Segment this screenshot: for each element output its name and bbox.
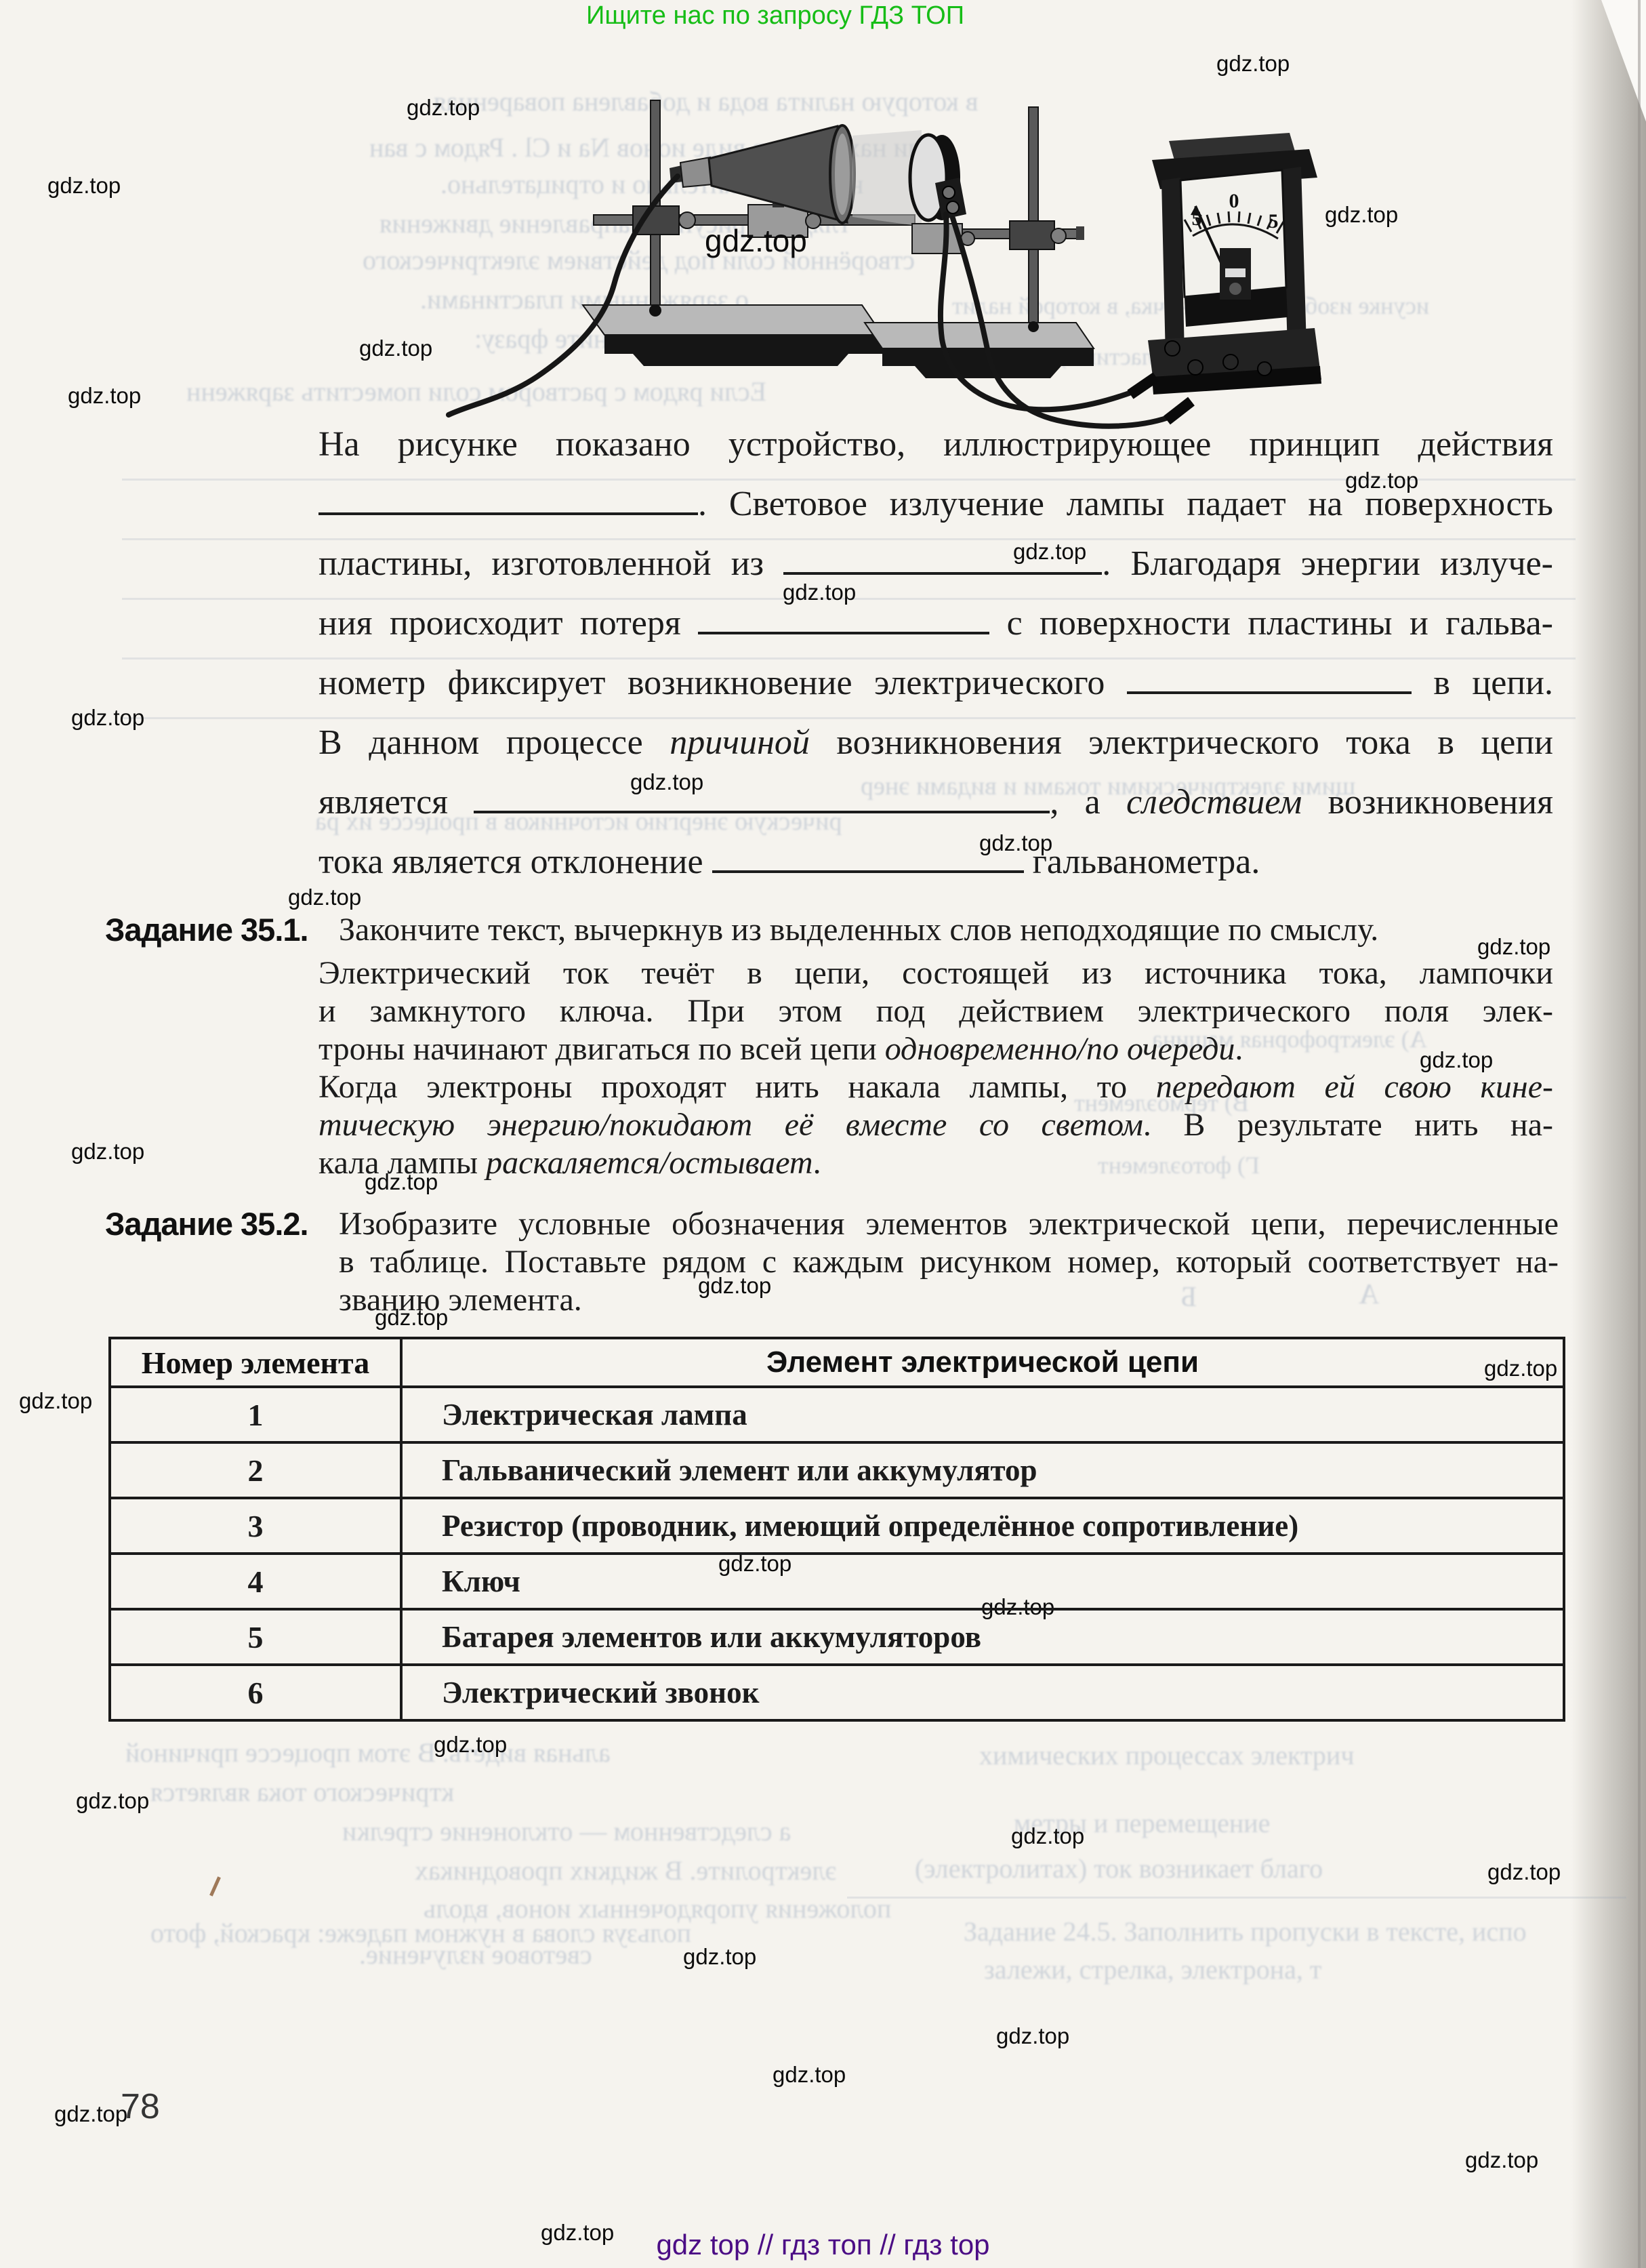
table-row: 6 Электрический звонок — [110, 1665, 1564, 1720]
text-line: является , а следствием возникновения — [318, 773, 1553, 832]
text-segment: . Благодаря энергии излуче- — [1102, 544, 1553, 583]
table-row: 4 Ключ — [110, 1554, 1564, 1609]
text-line: тока является отклонение гальванометра. — [318, 832, 1553, 892]
gdz-watermark: gdz.top — [47, 173, 121, 199]
answer-blank — [474, 775, 1050, 813]
page-number: 78 — [121, 2086, 160, 2127]
apparatus-figure: 5 0 5 — [0, 0, 1646, 474]
text-segment: . — [813, 1145, 821, 1181]
text-segment: нометр фиксирует возникновение электриче… — [318, 664, 1127, 702]
text-segment: В данном процессе — [318, 723, 670, 762]
gdz-watermark: gdz.top — [1011, 1823, 1084, 1849]
text-segment: возникновения — [1302, 783, 1553, 822]
element-number: 1 — [110, 1387, 401, 1442]
text-segment: гальванометра. — [1024, 843, 1260, 881]
text-line: В данном процессе причиной возникновения… — [318, 713, 1553, 773]
text-line: ния происходит потеря с поверхности плас… — [318, 594, 1553, 653]
element-name: Электрическая лампа — [401, 1387, 1564, 1442]
table-row: 2 Гальванический элемент или аккумулятор — [110, 1442, 1564, 1498]
text-line: На рисунке показано устройство, иллюстри… — [318, 415, 1553, 474]
element-number: 6 — [110, 1665, 401, 1720]
column-header-number: Номер элемента — [110, 1338, 401, 1387]
task-35-1-instruction: Закончите текст, вычеркнув из выделенных… — [339, 911, 1559, 949]
table-row: 3 Резистор (проводник, имеющий определён… — [110, 1498, 1564, 1554]
element-number: 2 — [110, 1442, 401, 1498]
text-line: кала лампы раскаляется/остывает. — [318, 1144, 1553, 1182]
bleedthrough-text: (электролитах) ток возникает благо — [915, 1852, 1323, 1884]
element-number: 5 — [110, 1609, 401, 1665]
element-number: 4 — [110, 1554, 401, 1609]
text-line: и замкнутого ключа. При этом под действи… — [318, 992, 1553, 1030]
text-segment: тока является отклонение — [318, 843, 712, 881]
gdz-watermark: gdz.top — [1216, 51, 1290, 77]
text-line: . Световое излучение лампы падает на пов… — [318, 474, 1553, 534]
text-segment: с поверхности пластины и гальва- — [989, 604, 1553, 643]
promo-banner: Ищите нас по запросу ГДЗ ТОП — [586, 1, 964, 31]
element-name: Электрический звонок — [401, 1665, 1564, 1720]
gdz-watermark: gdz.top — [54, 2101, 127, 2127]
text-segment: кала лампы — [318, 1145, 486, 1181]
text-segment: На рисунке показано устройство, иллюстри… — [318, 425, 1553, 464]
paper-speck — [209, 1876, 221, 1896]
element-name: Батарея элементов или аккумуляторов — [401, 1609, 1564, 1665]
gdz-watermark: gdz.top — [434, 1732, 507, 1758]
table-header-row: Номер элемента Элемент электрической цеп… — [110, 1338, 1564, 1387]
bleedthrough-text: альная видеть. В этом процессе причиной — [125, 1737, 611, 1768]
answer-blank — [712, 835, 1024, 873]
bleedthrough-text: химических процессах электрич — [979, 1739, 1354, 1771]
scale-label-zero: 0 — [1229, 190, 1239, 212]
text-segment: Когда электроны проходят нить накала лам… — [318, 1069, 1156, 1105]
text-segment: одновременно/по очереди — [885, 1031, 1235, 1067]
text-line: Электрический ток течёт в цепи, состояще… — [318, 954, 1553, 992]
gdz-watermark: gdz.top — [1465, 2147, 1538, 2173]
gdz-watermark: gdz.top — [1325, 202, 1398, 228]
table-row: 5 Батарея элементов или аккумуляторов — [110, 1609, 1564, 1665]
answer-blank — [783, 537, 1102, 575]
scale-label-right: 5 — [1269, 210, 1279, 232]
intro-paragraph: На рисунке показано устройство, иллюстри… — [318, 415, 1553, 892]
text-segment: Электрический ток течёт в цепи, состояще… — [318, 955, 1553, 991]
bleedthrough-text: ктрического тока является — [150, 1776, 454, 1808]
gdz-watermark: gdz.top — [996, 2023, 1069, 2049]
text-segment: , а — [1050, 783, 1126, 822]
bleedthrough-line — [847, 1897, 1626, 1899]
footer-watermark: gdz top // гдз топ // гдз top — [0, 2229, 1646, 2261]
task-35-2-instruction: Изобразите условные обозначения элементо… — [339, 1205, 1559, 1319]
gdz-watermark: gdz.top — [71, 705, 144, 731]
answer-blank — [318, 477, 698, 515]
bleedthrough-text: залежи, стрелка, электрона, т — [984, 1953, 1321, 1985]
text-segment: раскаляется/остывает — [486, 1145, 812, 1181]
text-line: пластины, изготовленной из . Благодаря э… — [318, 534, 1553, 594]
gdz-watermark: gdz.top — [19, 1388, 92, 1414]
gdz-watermark: gdz.top — [1487, 1859, 1561, 1885]
galvanometer: 5 0 5 — [1130, 133, 1321, 420]
text-segment: пластины, изготовленной из — [318, 544, 783, 583]
text-segment: троны начинают двигаться по всей цепи — [318, 1031, 885, 1067]
text-segment: . В результате нить на- — [1143, 1107, 1553, 1143]
answer-blank — [1127, 656, 1412, 694]
gdz-watermark: gdz.top — [71, 1139, 144, 1165]
answer-blank — [698, 596, 989, 634]
task-35-1-label: Задание 35.1. — [105, 911, 308, 949]
text-segment: тическую энергию/покидают её вместе со с… — [318, 1107, 1143, 1143]
text-segment: причиной — [670, 723, 810, 762]
text-segment: передают ей свою кине- — [1156, 1069, 1553, 1105]
text-segment: ния происходит потеря — [318, 604, 698, 643]
text-segment: является — [318, 783, 474, 822]
text-segment: . — [1235, 1031, 1243, 1067]
text-segment: . Световое излучение лампы падает на пов… — [698, 485, 1553, 523]
bleedthrough-text: а следственном — отклонение стрелки — [342, 1815, 791, 1847]
element-name: Гальванический элемент или аккумулятор — [401, 1442, 1564, 1498]
task-35-1-paragraph: Электрический ток течёт в цепи, состояще… — [318, 954, 1553, 1182]
text-segment: возникновения электрического тока в цепи — [810, 723, 1553, 762]
element-name: Резистор (проводник, имеющий определённо… — [401, 1498, 1564, 1554]
column-header-element: Элемент электрической цепи — [401, 1338, 1564, 1387]
gdz-watermark: gdz.top — [407, 95, 480, 121]
bleedthrough-text: световое излучение. — [359, 1939, 592, 1970]
text-segment: следствием — [1126, 783, 1302, 822]
gdz-watermark: gdz.top — [683, 1944, 756, 1970]
task-35-2-label: Задание 35.2. — [105, 1205, 308, 1243]
workbook-page: в которую налита вода и добавлена поваре… — [0, 0, 1646, 2268]
bleedthrough-text: Задание 24.5. Заполнить пропуски в текст… — [964, 1916, 1527, 1947]
text-segment: в цепи. — [1412, 664, 1553, 702]
text-line: Когда электроны проходят нить накала лам… — [318, 1068, 1553, 1106]
gdz-watermark: gdz.top — [773, 2062, 846, 2088]
text-line: нометр фиксирует возникновение электриче… — [318, 653, 1553, 713]
bleedthrough-text: электролите. В жидких проводниках — [415, 1855, 837, 1886]
gdz-watermark: gdz.top — [705, 222, 807, 259]
text-segment: и замкнутого ключа. При этом под действи… — [318, 993, 1553, 1029]
gdz-watermark: gdz.top — [68, 383, 141, 409]
element-name: Ключ — [401, 1554, 1564, 1609]
gdz-watermark: gdz.top — [359, 336, 432, 361]
element-number: 3 — [110, 1498, 401, 1554]
table-row: 1 Электрическая лампа — [110, 1387, 1564, 1442]
circuit-elements-table: Номер элемента Элемент электрической цеп… — [108, 1337, 1565, 1722]
text-line: троны начинают двигаться по всей цепи од… — [318, 1030, 1553, 1068]
text-line: тическую энергию/покидают её вместе со с… — [318, 1106, 1553, 1144]
gdz-watermark: gdz.top — [76, 1788, 149, 1814]
